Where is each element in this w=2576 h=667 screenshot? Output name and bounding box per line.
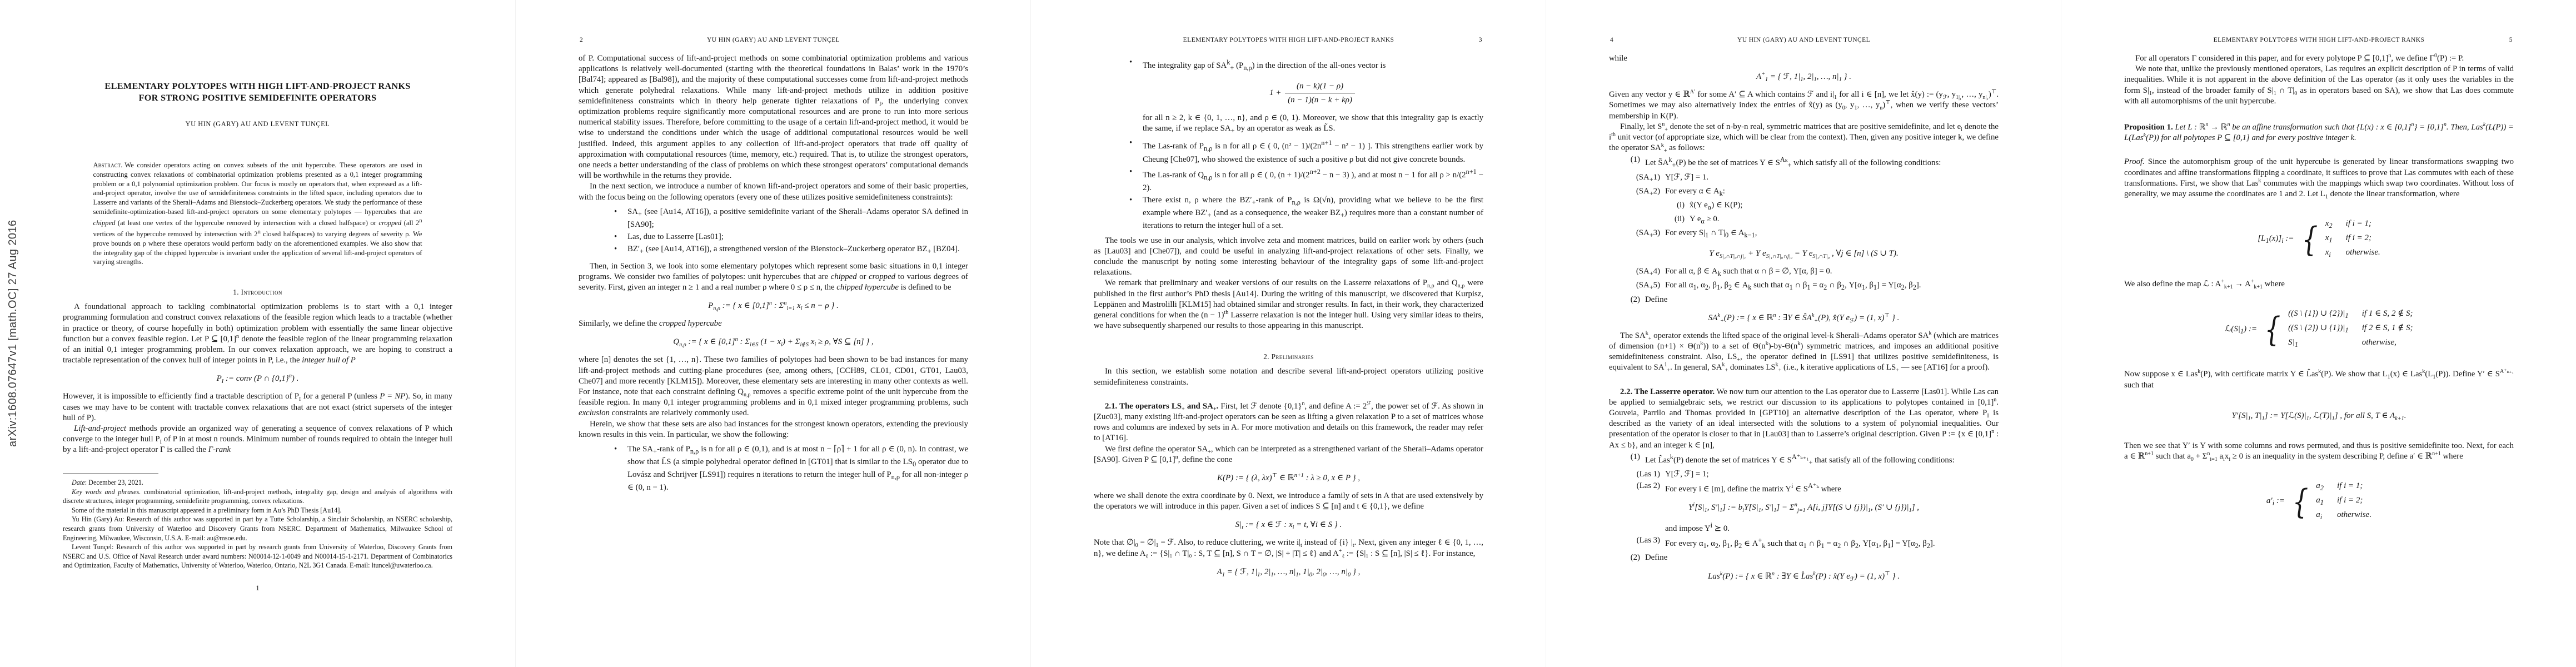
footnote-author-au: Yu Hin (Gary) Au: Research of this autho… — [63, 515, 452, 542]
item-label: (1) — [1609, 155, 1645, 171]
condition-label: (Las 3) — [1609, 535, 1665, 551]
subsection-2-2: 2.2. The Lasserre operator. We now turn … — [1609, 387, 1999, 451]
item-label: (1) — [1609, 452, 1645, 468]
case-value: ((S \ {1}) ∪ {2})|1 — [2288, 308, 2349, 321]
results-list: The integrality gap of SAk+ (Pn,ρ) in th… — [1094, 57, 1483, 232]
condition-label: (SA+5) — [1609, 280, 1665, 293]
paragraph: We note that, unlike the previously ment… — [2124, 64, 2514, 107]
paragraph: Lift-and-project methods provide an orga… — [63, 424, 452, 456]
subsection-text: We now turn our attention to the Las ope… — [1609, 387, 1999, 450]
paper-authors: YU HIN (GARY) AU AND LEVENT TUNÇEL — [63, 120, 452, 128]
paragraph: We also define the map ℒ : A+k+1 → A+k+1… — [2124, 279, 2514, 290]
display-equation-y-prime: Y′[S|1, T|1] := Y[ℒ(S)|1, ℒ(T)|1] , for … — [2124, 410, 2514, 422]
paragraph: Now suppose x ∈ Lask(P), with certificat… — [2124, 369, 2514, 390]
condition-text: For every S|1 ∩ T|0 ∈ Ak−1, — [1665, 228, 1999, 241]
case-value: S|1 — [2288, 337, 2349, 350]
display-equation-sa3: Y eS|₁∩T|₀∩j|₁ + Y eS|₁∩T|₀∩j|₀ = Y eS|₁… — [1609, 247, 1999, 260]
proposition-text: Let L : ℝn → ℝn be an affine transformat… — [2124, 123, 2514, 142]
proof: Proof. Since the automorphism group of t… — [2124, 157, 2514, 200]
case-condition: if i = 2; — [2346, 233, 2380, 246]
page-5: ELEMENTARY POLYTOPES WITH HIGH LIFT-AND-… — [2061, 0, 2576, 667]
condition-las2-impose: and impose Yi ⪰ 0. — [1609, 520, 1999, 534]
running-head-text: YU HIN (GARY) AU AND LEVENT TUNÇEL — [707, 37, 840, 43]
paragraph: Given any vector y ∈ ℝA′ for some A′ ⊆ A… — [1609, 89, 1999, 122]
list-item: The SA+-rank of Pn,ρ is n for all ρ ∈ (0… — [579, 444, 968, 494]
footnotes: Date: December 23, 2021. Key words and p… — [63, 474, 452, 570]
results-list: The SA+-rank of Pn,ρ is n for all ρ ∈ (0… — [579, 444, 968, 494]
page-number: 3 — [1479, 37, 1482, 43]
subsection-label: 2.2. The Lasserre operator. — [1620, 387, 1715, 396]
running-head: ELEMENTARY POLYTOPES WITH HIGH LIFT-AND-… — [1094, 37, 1483, 43]
list-item: Las, due to Lasserre [Las01]; — [579, 232, 968, 242]
paper-sheet: arXiv:1608.07647v1 [math.OC] 27 Aug 2016… — [0, 0, 2576, 667]
proof-label: Proof. — [2124, 157, 2145, 166]
paper-title-line1: ELEMENTARY POLYTOPES WITH HIGH LIFT-AND-… — [63, 80, 452, 92]
abstract-text: We consider operators acting on convex s… — [93, 161, 422, 266]
list-item: SA+ (see [Au14, AT16]), a positive semid… — [579, 207, 968, 230]
list-item: BZ′+ (see [Au14, AT16]), a strengthened … — [579, 244, 968, 257]
page-number: 5 — [2509, 37, 2513, 43]
page-number: 1 — [63, 584, 452, 593]
condition-text: x̂(Y eα) ∈ K(P); — [1690, 200, 1999, 213]
case-condition: if i = 2; — [2337, 495, 2371, 508]
paragraph: Note that ∅|0 = ∅|1 = ℱ. Also, to reduce… — [1094, 537, 1483, 559]
paragraph: However, it is impossible to efficiently… — [63, 391, 452, 424]
paragraph: where [n] denotes the set {1, …, n}. The… — [579, 355, 968, 419]
footnote-rule — [63, 474, 158, 474]
condition-label: (i) — [1609, 200, 1690, 213]
item-label: (2) — [1609, 552, 1645, 563]
condition-text: Y[ℱ, ℱ] = 1; — [1665, 469, 1999, 480]
footnote-thesis: Some of the material in this manuscript … — [63, 506, 452, 515]
running-head-text: YU HIN (GARY) AU AND LEVENT TUNÇEL — [1737, 37, 1870, 43]
item-text: Define — [1645, 552, 1999, 563]
condition-label: (SA+4) — [1609, 266, 1665, 279]
paragraph: of P. Computational success of lift-and-… — [579, 53, 968, 181]
paragraph: Then we see that Y′ is Y with some colum… — [2124, 441, 2514, 462]
item-text: Let L̂ask(P) denote the set of matrices … — [1645, 452, 1999, 468]
operator-list: SA+ (see [Au14, AT16]), a positive semid… — [579, 207, 968, 257]
item-label: (2) — [1609, 295, 1645, 305]
list-item: The integrality gap of SAk+ (Pn,ρ) in th… — [1094, 57, 1483, 136]
equation-lead: 1 + — [1269, 88, 1281, 97]
list-item: The Las-rank of Pn,ρ is n for all ρ ∈ ( … — [1094, 138, 1483, 165]
condition-text: and impose Yi ⪰ 0. — [1665, 520, 1999, 534]
abstract: Abstract.We consider operators acting on… — [93, 161, 422, 267]
condition-text: For every α ∈ Ak: — [1665, 186, 1999, 199]
condition-las3: (Las 3) For every α1, α2, β1, β2 ∈ A+k s… — [1609, 535, 1999, 551]
case-condition: otherwise. — [2346, 247, 2380, 260]
condition-sa4: (SA+4) For all α, β ∈ Ak such that α ∩ β… — [1609, 266, 1999, 279]
page-1: arXiv:1608.07647v1 [math.OC] 27 Aug 2016… — [0, 0, 515, 667]
running-head: ELEMENTARY POLYTOPES WITH HIGH LIFT-AND-… — [2124, 37, 2514, 43]
condition-text: For all α1, α2, β1, β2 ∈ Ak such that α1… — [1665, 280, 1999, 293]
display-equation-a1: A1 = { ℱ, 1|1, 2|1, …, n|1, 1|0, 2|0, …,… — [1094, 566, 1483, 578]
case-condition: if 2 ∈ S, 1 ∉ S; — [2362, 323, 2413, 336]
condition-text: For all α, β ∈ Ak such that α ∩ β = ∅, Y… — [1665, 266, 1999, 279]
condition-text: For every i ∈ [m], define the matrix Yi … — [1665, 481, 1999, 495]
running-head-text: ELEMENTARY POLYTOPES WITH HIGH LIFT-AND-… — [1183, 37, 1394, 43]
fraction-numerator: (n − k)(1 − ρ) — [1285, 80, 1355, 93]
running-head: 2 YU HIN (GARY) AU AND LEVENT TUNÇEL — [579, 37, 968, 43]
paragraph: We first define the operator SA+, which … — [1094, 444, 1483, 465]
paragraph: while — [1609, 53, 1999, 64]
cases-equation-l1: [L1(x)]i := { x2if i = 1; x1if i = 2; xi… — [2124, 218, 2514, 260]
case-value: ai — [2316, 510, 2324, 522]
fraction: (n − k)(1 − ρ) (n − 1)(n − k + kρ) — [1285, 80, 1355, 106]
cases-rows: ((S \ {1}) ∪ {2})|1if 1 ∈ S, 2 ∉ S; ((S … — [2288, 308, 2413, 350]
condition-las2: (Las 2) For every i ∈ [m], define the ma… — [1609, 481, 1999, 495]
condition-label: (SA+2) — [1609, 186, 1665, 199]
left-brace: { — [2265, 315, 2281, 345]
left-brace: { — [2301, 225, 2318, 255]
display-equation-s-restriction: S|t := { x ∈ ℱ : xi = t, ∀i ∈ S } . — [1094, 519, 1483, 531]
condition-sa5: (SA+5) For all α1, α2, β1, β2 ∈ Ak such … — [1609, 280, 1999, 293]
proof-text: Since the automorphism group of the unit… — [2124, 157, 2514, 198]
cases-lead: a′i := — [2266, 496, 2285, 507]
condition-label: (Las 2) — [1609, 481, 1665, 495]
condition-label: (SA+1) — [1609, 172, 1665, 185]
display-equation-cropped-hypercube: Qn,ρ := { x ∈ [0,1]n : Σi∈S (1 − xi) + Σ… — [579, 336, 968, 348]
paragraph: Finally, let Sn+ denote the set of n-by-… — [1609, 122, 1999, 154]
footnote-date: Date: December 23, 2021. — [63, 478, 452, 487]
page-3: ELEMENTARY POLYTOPES WITH HIGH LIFT-AND-… — [1030, 0, 1546, 667]
page-number: 4 — [1610, 37, 1613, 43]
condition-las1: (Las 1) Y[ℱ, ℱ] = 1; — [1609, 469, 1999, 480]
paragraph: In this section, we establish some notat… — [1094, 366, 1483, 387]
display-equation-las-define: Lask(P) := { x ∈ ℝn : ∃Y ∈ L̂ask(P) : x̂… — [1609, 570, 1999, 583]
condition-label: (ii) — [1609, 214, 1690, 227]
list-item-text: for all n ≥ 2, k ∈ {0, 1, …, n}, and ρ ∈… — [1143, 113, 1483, 133]
footnote-author-tuncel: Levent Tunçel: Research of this author w… — [63, 542, 452, 570]
running-head-text: ELEMENTARY POLYTOPES WITH HIGH LIFT-AND-… — [2214, 37, 2425, 43]
page-4: 4 YU HIN (GARY) AU AND LEVENT TUNÇEL whi… — [1546, 0, 2061, 667]
cases-rows: x2if i = 1; x1if i = 2; xiotherwise. — [2325, 218, 2380, 260]
item-text: Let ŜAk+(P) be the set of matrices Y ∈ S… — [1645, 155, 1999, 171]
condition-sa1: (SA+1) Y[ℱ, ℱ] = 1. — [1609, 172, 1999, 185]
cases-equation-a-prime: a′i := { a2if i = 1; a1if i = 2; aiother… — [2124, 481, 2514, 522]
paragraph: A foundational approach to tackling comb… — [63, 302, 452, 366]
condition-label: (SA+3) — [1609, 228, 1665, 241]
case-value: x1 — [2325, 233, 2333, 246]
case-condition: if i = 1; — [2337, 481, 2371, 494]
paragraph: Herein, we show that these sets are also… — [579, 419, 968, 440]
display-equation-chipped-hypercube: Pn,ρ := { x ∈ [0,1]n : Σni=1 xi ≤ n − ρ … — [579, 300, 968, 312]
subsection-2-1: 2.1. The operators LS+ and SA+. First, l… — [1094, 401, 1483, 444]
cases-rows: a2if i = 1; a1if i = 2; aiotherwise. — [2316, 481, 2371, 522]
fraction-denominator: (n − 1)(n − k + kρ) — [1285, 93, 1355, 106]
cases-lead: ℒ(S|1) := — [2225, 323, 2257, 336]
paragraph: where we shall denote the extra coordina… — [1094, 491, 1483, 512]
subsection-label: 2.1. The operators LS+ and SA+. — [1105, 402, 1218, 411]
display-equation-integer-hull: PI := conv (P ∩ {0,1}n) . — [63, 372, 452, 385]
condition-label: (Las 1) — [1609, 469, 1665, 480]
numbered-item-2: (2) Define — [1609, 552, 1999, 563]
running-head: 4 YU HIN (GARY) AU AND LEVENT TUNÇEL — [1609, 37, 1999, 43]
case-condition: otherwise. — [2337, 510, 2371, 522]
condition-text: Y eα ≥ 0. — [1690, 214, 1999, 227]
condition-text: Y[ℱ, ℱ] = 1. — [1665, 172, 1999, 185]
paragraph: The SAk+ operator extends the lifted spa… — [1609, 331, 1999, 374]
abstract-label: Abstract. — [93, 161, 123, 169]
arxiv-stamp: arXiv:1608.07647v1 [math.OC] 27 Aug 2016 — [7, 0, 19, 667]
display-equation-a1-plus: A+1 = { ℱ, 1|1, 2|1, …, n|1 } . — [1609, 71, 1999, 83]
page-number: 2 — [580, 37, 583, 43]
condition-sa2-i: (i) x̂(Y eα) ∈ K(P); — [1609, 200, 1999, 213]
paragraph: The tools we use in our analysis, which … — [1094, 236, 1483, 278]
condition-text: For every α1, α2, β1, β2 ∈ A+k such that… — [1665, 535, 1999, 551]
cases-lead: [L1(x)]i := — [2258, 234, 2294, 245]
case-value: xi — [2325, 247, 2333, 260]
proposition-1: Proposition 1. Let L : ℝn → ℝn be an aff… — [2124, 122, 2514, 143]
case-value: a2 — [2316, 481, 2324, 494]
display-equation-las2: Yi[S|1, S′|1] := biY[S|1, S′|1] − Σnj=1 … — [1609, 501, 1999, 514]
case-value: a1 — [2316, 495, 2324, 508]
case-condition: if i = 1; — [2346, 218, 2380, 231]
numbered-item-2: (2) Define — [1609, 295, 1999, 305]
list-item-text: The integrality gap of SAk+ (Pn,ρ) in th… — [1143, 61, 1386, 70]
condition-label — [1609, 520, 1665, 534]
display-equation-cone-kp: K(P) := { (λ, λx)⊤ ∈ ℝn+1 : λ ≥ 0, x ∈ P… — [1094, 472, 1483, 484]
numbered-item-1: (1) Let ŜAk+(P) be the set of matrices Y… — [1609, 155, 1999, 171]
case-condition: if 1 ∈ S, 2 ∉ S; — [2362, 308, 2413, 321]
paragraph: For all operators Γ considered in this p… — [2124, 53, 2514, 64]
list-item: The Las-rank of Qn,ρ is n for all ρ ∈ ( … — [1094, 167, 1483, 193]
paper-title: ELEMENTARY POLYTOPES WITH HIGH LIFT-AND-… — [63, 80, 452, 103]
paragraph: Similarly, we define the cropped hypercu… — [579, 318, 968, 329]
section-heading-preliminaries: 2. Preliminaries — [1094, 352, 1483, 361]
section-heading-introduction: 1. Introduction — [63, 288, 452, 297]
page-2: 2 YU HIN (GARY) AU AND LEVENT TUNÇEL of … — [515, 0, 1030, 667]
paper-title-line2: FOR STRONG POSITIVE SEMIDEFINITE OPERATO… — [63, 92, 452, 103]
case-condition: otherwise, — [2362, 337, 2413, 350]
cases-equation-map-l: ℒ(S|1) := { ((S \ {1}) ∪ {2})|1if 1 ∈ S,… — [2124, 308, 2514, 350]
numbered-item-1: (1) Let L̂ask(P) denote the set of matri… — [1609, 452, 1999, 468]
condition-sa3: (SA+3) For every S|1 ∩ T|0 ∈ Ak−1, — [1609, 228, 1999, 241]
display-equation-integrality-gap: 1 + (n − k)(1 − ρ) (n − 1)(n − k + kρ) — [1143, 80, 1483, 106]
paragraph: We remark that preliminary and weaker ve… — [1094, 278, 1483, 331]
display-equation-sa-define: SAk+(P) := { x ∈ ℝn : ∃Y ∈ ŜAk+(P), x̂(Y… — [1609, 312, 1999, 324]
left-brace: { — [2293, 487, 2309, 517]
condition-sa2: (SA+2) For every α ∈ Ak: — [1609, 186, 1999, 199]
list-item: There exist n, ρ where the BZ′+-rank of … — [1094, 195, 1483, 232]
case-value: x2 — [2325, 218, 2333, 231]
case-value: ((S \ {2}) ∪ {1})|1 — [2288, 323, 2349, 336]
paragraph: In the next section, we introduce a numb… — [579, 181, 968, 202]
footnote-keywords: Key words and phrases. combinatorial opt… — [63, 487, 452, 506]
item-text: Define — [1645, 295, 1999, 305]
paragraph: Then, in Section 3, we look into some el… — [579, 261, 968, 293]
condition-sa2-ii: (ii) Y eα ≥ 0. — [1609, 214, 1999, 227]
proposition-label: Proposition 1. — [2124, 123, 2173, 132]
